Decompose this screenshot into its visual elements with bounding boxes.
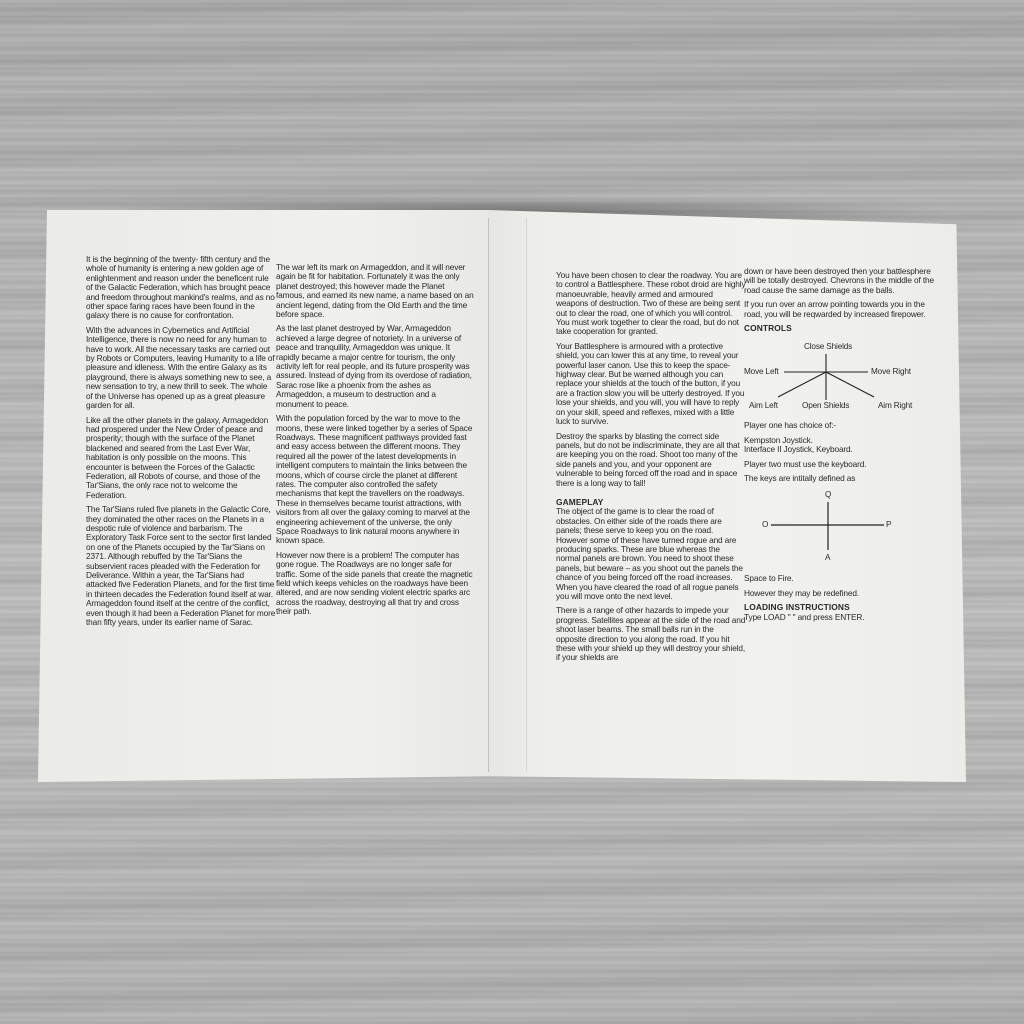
spine-fold bbox=[488, 218, 489, 772]
player-options-line: Player one has choice of:- bbox=[744, 421, 940, 430]
controls-heading: CONTROLS bbox=[744, 324, 940, 333]
loading-text: Type LOAD " " and press ENTER. bbox=[744, 613, 940, 622]
paragraph: The Tar'Sians ruled five planets in the … bbox=[86, 505, 276, 627]
control-close-shields: Close Shields bbox=[804, 342, 852, 351]
fire-text: Space to Fire. bbox=[744, 574, 940, 583]
control-aim-right: Aim Right bbox=[878, 401, 912, 410]
paragraph: Your Battlesphere is armoured with a pro… bbox=[556, 342, 746, 427]
redefine-text: However they may be redefined. bbox=[744, 589, 940, 598]
keyboard-keys-diagram: Q O P A bbox=[744, 488, 934, 568]
paragraph: If you run over an arrow pointing toward… bbox=[744, 300, 940, 319]
instruction-booklet: It is the beginning of the twenty- fifth… bbox=[38, 210, 966, 782]
paragraph: down or have been destroyed then your ba… bbox=[744, 267, 940, 295]
paragraph: The war left its mark on Armageddon, and… bbox=[276, 263, 474, 319]
key-p: P bbox=[886, 520, 891, 529]
right-page: You have been chosen to clear the roadwa… bbox=[488, 210, 966, 782]
control-open-shields: Open Shields bbox=[802, 401, 849, 410]
paragraph: Destroy the sparks by blasting the corre… bbox=[556, 432, 746, 488]
key-directions-icon bbox=[744, 488, 934, 568]
key-a: A bbox=[825, 553, 830, 562]
paragraph: However now there is a problem! The comp… bbox=[276, 551, 474, 617]
right-page-column-4: down or have been destroyed then your ba… bbox=[744, 267, 940, 627]
key-o: O bbox=[762, 520, 768, 529]
paragraph: With the population forced by the war to… bbox=[276, 414, 474, 546]
control-aim-left: Aim Left bbox=[749, 401, 778, 410]
joystick-controls-diagram: Close Shields Move Left Move Right Aim L… bbox=[744, 337, 934, 415]
paragraph: As the last planet destroyed by War, Arm… bbox=[276, 324, 474, 409]
paragraph: The object of the game is to clear the r… bbox=[556, 507, 746, 601]
paragraph: Like all the other planets in the galaxy… bbox=[86, 416, 276, 501]
right-page-column-3: You have been chosen to clear the roadwa… bbox=[556, 271, 746, 668]
left-page: It is the beginning of the twenty- fifth… bbox=[38, 210, 488, 782]
paragraph: There is a range of other hazards to imp… bbox=[556, 606, 746, 662]
control-move-left: Move Left bbox=[744, 367, 779, 376]
control-move-right: Move Right bbox=[871, 367, 911, 376]
player-options-line: Player two must use the keyboard. bbox=[744, 460, 940, 469]
spine-crease bbox=[526, 218, 527, 772]
paragraph: With the advances in Cybernetics and Art… bbox=[86, 326, 276, 411]
player-options-line: Interface II Joystick, Keyboard. bbox=[744, 445, 940, 454]
paragraph: You have been chosen to clear the roadwa… bbox=[556, 271, 746, 337]
left-page-column-1: It is the beginning of the twenty- fifth… bbox=[86, 255, 276, 632]
key-q: Q bbox=[825, 490, 831, 499]
player-options-line: The keys are intitally defined as bbox=[744, 474, 940, 483]
left-page-column-2: The war left its mark on Armageddon, and… bbox=[276, 263, 474, 622]
paragraph: It is the beginning of the twenty- fifth… bbox=[86, 255, 276, 321]
